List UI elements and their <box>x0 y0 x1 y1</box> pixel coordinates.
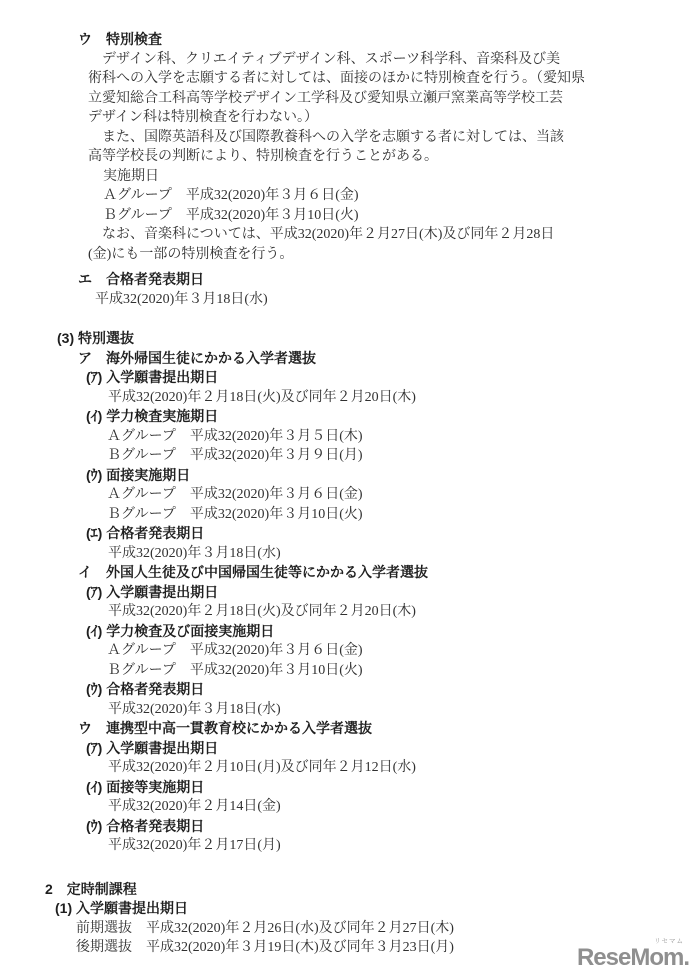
sub-heading: (ｲ) 学力検査実施期日 <box>0 407 698 427</box>
group-date-line: Ａグループ 平成32(2020)年３月５日(木) <box>0 427 698 447</box>
sub-heading: (ｱ) 入学願書提出期日 <box>0 739 698 759</box>
group-date-line: Ａグループ 平成32(2020)年３月６日(金) <box>0 485 698 505</box>
document-page: ウ 特別検査 デザイン科、クリエイティブデザイン科、スポーツ科学科、音楽科及び美… <box>0 0 698 958</box>
date-line: 平成32(2020)年２月18日(火)及び同年２月20日(木) <box>0 388 698 408</box>
paragraph-line: デザイン科、クリエイティブデザイン科、スポーツ科学科、音楽科及び美 <box>0 50 698 70</box>
sub-heading: (ｳ) 面接実施期日 <box>0 466 698 486</box>
sub-heading: (ｲ) 面接等実施期日 <box>0 778 698 798</box>
resemom-logo: リセマムReseMom. <box>577 946 690 970</box>
paragraph-line: なお、音楽科については、平成32(2020)年２月27日(木)及び同年２月28日 <box>0 225 698 245</box>
section-heading: ア 海外帰国生徒にかかる入学者選抜 <box>0 349 698 369</box>
date-line: 平成32(2020)年３月18日(水) <box>0 700 698 720</box>
sub-heading: (ｱ) 入学願書提出期日 <box>0 583 698 603</box>
date-line: 平成32(2020)年２月18日(火)及び同年２月20日(木) <box>0 602 698 622</box>
group-date-line: Ｂグループ 平成32(2020)年３月９日(月) <box>0 446 698 466</box>
resemom-logo-text: ReseMom <box>577 944 683 971</box>
paragraph-line: (金)にも一部の特別検査を行う。 <box>0 245 698 265</box>
resemom-logo-dot: . <box>683 944 690 971</box>
sub-heading: (ｱ) 入学願書提出期日 <box>0 368 698 388</box>
group-date-line: Ｂグループ 平成32(2020)年３月10日(火) <box>0 505 698 525</box>
group-date-line: Ａグループ 平成32(2020)年３月６日(金) <box>0 641 698 661</box>
section-heading: 2 定時制課程 <box>0 880 698 900</box>
date-line: 平成32(2020)年３月18日(水) <box>0 544 698 564</box>
label-line: 実施期日 <box>0 167 698 187</box>
paragraph-line: また、国際英語科及び国際教養科への入学を志願する者に対しては、当該 <box>0 128 698 148</box>
section-heading: (1) 入学願書提出期日 <box>0 899 698 919</box>
sub-heading: (ｴ) 合格者発表期日 <box>0 524 698 544</box>
paragraph-line: デザイン科は特別検査を行わない。） <box>0 108 698 128</box>
paragraph-line: 術科への入学を志願する者に対しては、面接のほかに特別検査を行う。（愛知県 <box>0 69 698 89</box>
date-line: 平成32(2020)年２月10日(月)及び同年２月12日(水) <box>0 758 698 778</box>
resemom-logo-ruby: リセマム <box>654 939 684 946</box>
section-heading: ウ 連携型中高一貫教育校にかかる入学者選抜 <box>0 719 698 739</box>
section-heading: イ 外国人生徒及び中国帰国生徒等にかかる入学者選抜 <box>0 563 698 583</box>
group-date-line: Ｂグループ 平成32(2020)年３月10日(火) <box>0 206 698 226</box>
sub-heading: (ｲ) 学力検査及び面接実施期日 <box>0 622 698 642</box>
paragraph-line: 高等学校長の判断により、特別検査を行うことがある。 <box>0 147 698 167</box>
date-line: 平成32(2020)年２月14日(金) <box>0 797 698 817</box>
group-date-line: Ｂグループ 平成32(2020)年３月10日(火) <box>0 661 698 681</box>
sub-heading: (ｳ) 合格者発表期日 <box>0 817 698 837</box>
date-line: 平成32(2020)年３月18日(水) <box>0 290 698 310</box>
section-heading: ウ 特別検査 <box>0 30 698 50</box>
date-line: 前期選抜 平成32(2020)年２月26日(水)及び同年２月27日(木) <box>0 919 698 939</box>
group-date-line: Ａグループ 平成32(2020)年３月６日(金) <box>0 186 698 206</box>
paragraph-line: 立愛知総合工科高等学校デザイン工学科及び愛知県立瀬戸窯業高等学校工芸 <box>0 89 698 109</box>
date-line: 平成32(2020)年２月17日(月) <box>0 836 698 856</box>
section-heading: エ 合格者発表期日 <box>0 270 698 290</box>
section-heading: (3) 特別選抜 <box>0 329 698 349</box>
sub-heading: (ｳ) 合格者発表期日 <box>0 680 698 700</box>
